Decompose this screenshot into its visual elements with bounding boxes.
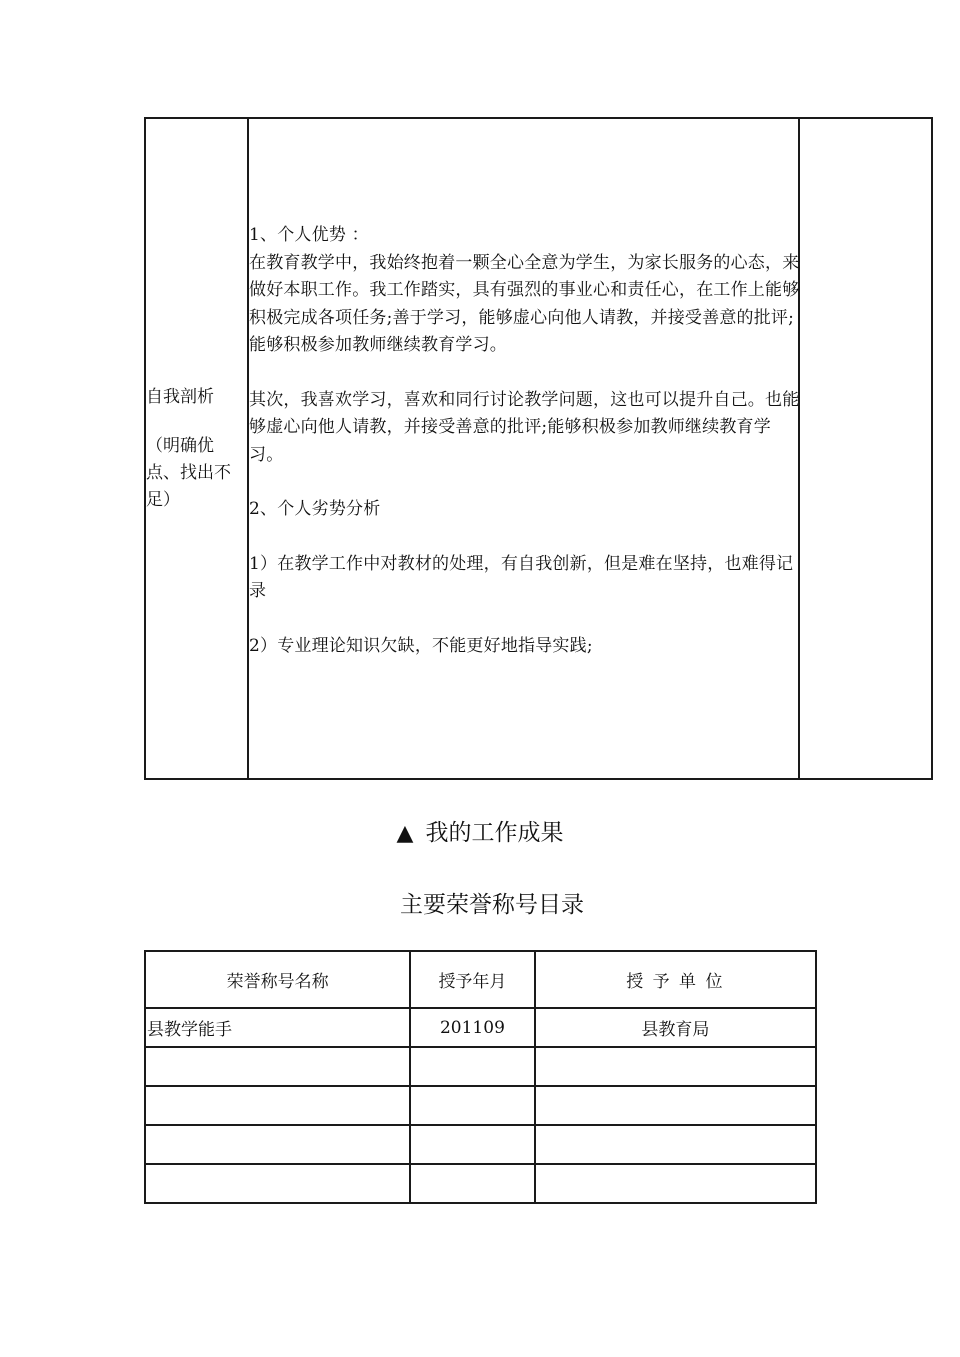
honor-name-cell bbox=[145, 1125, 410, 1164]
table-row bbox=[145, 1125, 816, 1164]
strengths-body: 在教育教学中，我始终抱着一颗全心全意为学生，为家长服务的心态，来做好本职工作。我… bbox=[249, 250, 801, 360]
strengths-heading: 1、个人优势 ： bbox=[249, 222, 801, 250]
awarding-unit-cell bbox=[535, 1047, 816, 1086]
triangle-icon: ▲ bbox=[397, 821, 414, 846]
self-analysis-label-title: 自我剖析 bbox=[146, 384, 246, 411]
honor-name-cell bbox=[145, 1047, 410, 1086]
award-date-cell bbox=[410, 1125, 535, 1164]
award-date-cell bbox=[410, 1086, 535, 1125]
self-analysis-label-subtitle: （明确优点、找出不足） bbox=[146, 433, 246, 514]
work-results-heading: ▲我的工作成果 bbox=[0, 814, 960, 847]
honors-table: 荣誉称号名称 授予年月 授 予 单 位 县教学能手 201109 县教育局 bbox=[144, 950, 817, 1204]
table-row bbox=[145, 1047, 816, 1086]
table-row bbox=[145, 1164, 816, 1203]
column-header-award-date: 授予年月 bbox=[410, 951, 535, 1008]
honors-header-row: 荣誉称号名称 授予年月 授 予 单 位 bbox=[145, 951, 816, 1008]
weaknesses-heading: 2、个人劣势分析 bbox=[249, 496, 801, 524]
column-header-honor-name: 荣誉称号名称 bbox=[145, 951, 410, 1008]
honor-name-cell bbox=[145, 1086, 410, 1125]
honor-name-cell: 县教学能手 bbox=[145, 1008, 410, 1047]
self-analysis-content: 1、个人优势 ： 在教育教学中，我始终抱着一颗全心全意为学生，为家长服务的心态，… bbox=[249, 222, 801, 660]
award-date-cell bbox=[410, 1164, 535, 1203]
work-results-heading-text: 我的工作成果 bbox=[425, 820, 563, 846]
awarding-unit-cell: 县教育局 bbox=[535, 1008, 816, 1047]
awarding-unit-cell bbox=[535, 1086, 816, 1125]
self-analysis-extra-cell bbox=[799, 118, 932, 779]
award-date-cell bbox=[410, 1047, 535, 1086]
self-analysis-label: 自我剖析 （明确优点、找出不足） bbox=[146, 384, 246, 514]
award-date-cell: 201109 bbox=[410, 1008, 535, 1047]
honor-name-cell bbox=[145, 1164, 410, 1203]
column-header-awarding-unit: 授 予 单 位 bbox=[535, 951, 816, 1008]
secondary-strengths-body: 其次，我喜欢学习，喜欢和同行讨论教学问题，这也可以提升自己。也能够虚心向他人请教… bbox=[249, 387, 801, 470]
awarding-unit-cell bbox=[535, 1125, 816, 1164]
awarding-unit-cell bbox=[535, 1164, 816, 1203]
weakness-item-1: 1）在教学工作中对教材的处理，有自我创新，但是难在坚持，也难得记录 bbox=[249, 551, 801, 606]
honors-title: 主要荣誉称号目录 bbox=[12, 886, 960, 919]
table-row bbox=[145, 1086, 816, 1125]
table-row: 县教学能手 201109 县教育局 bbox=[145, 1008, 816, 1047]
weakness-item-2: 2）专业理论知识欠缺，不能更好地指导实践; bbox=[249, 633, 801, 661]
